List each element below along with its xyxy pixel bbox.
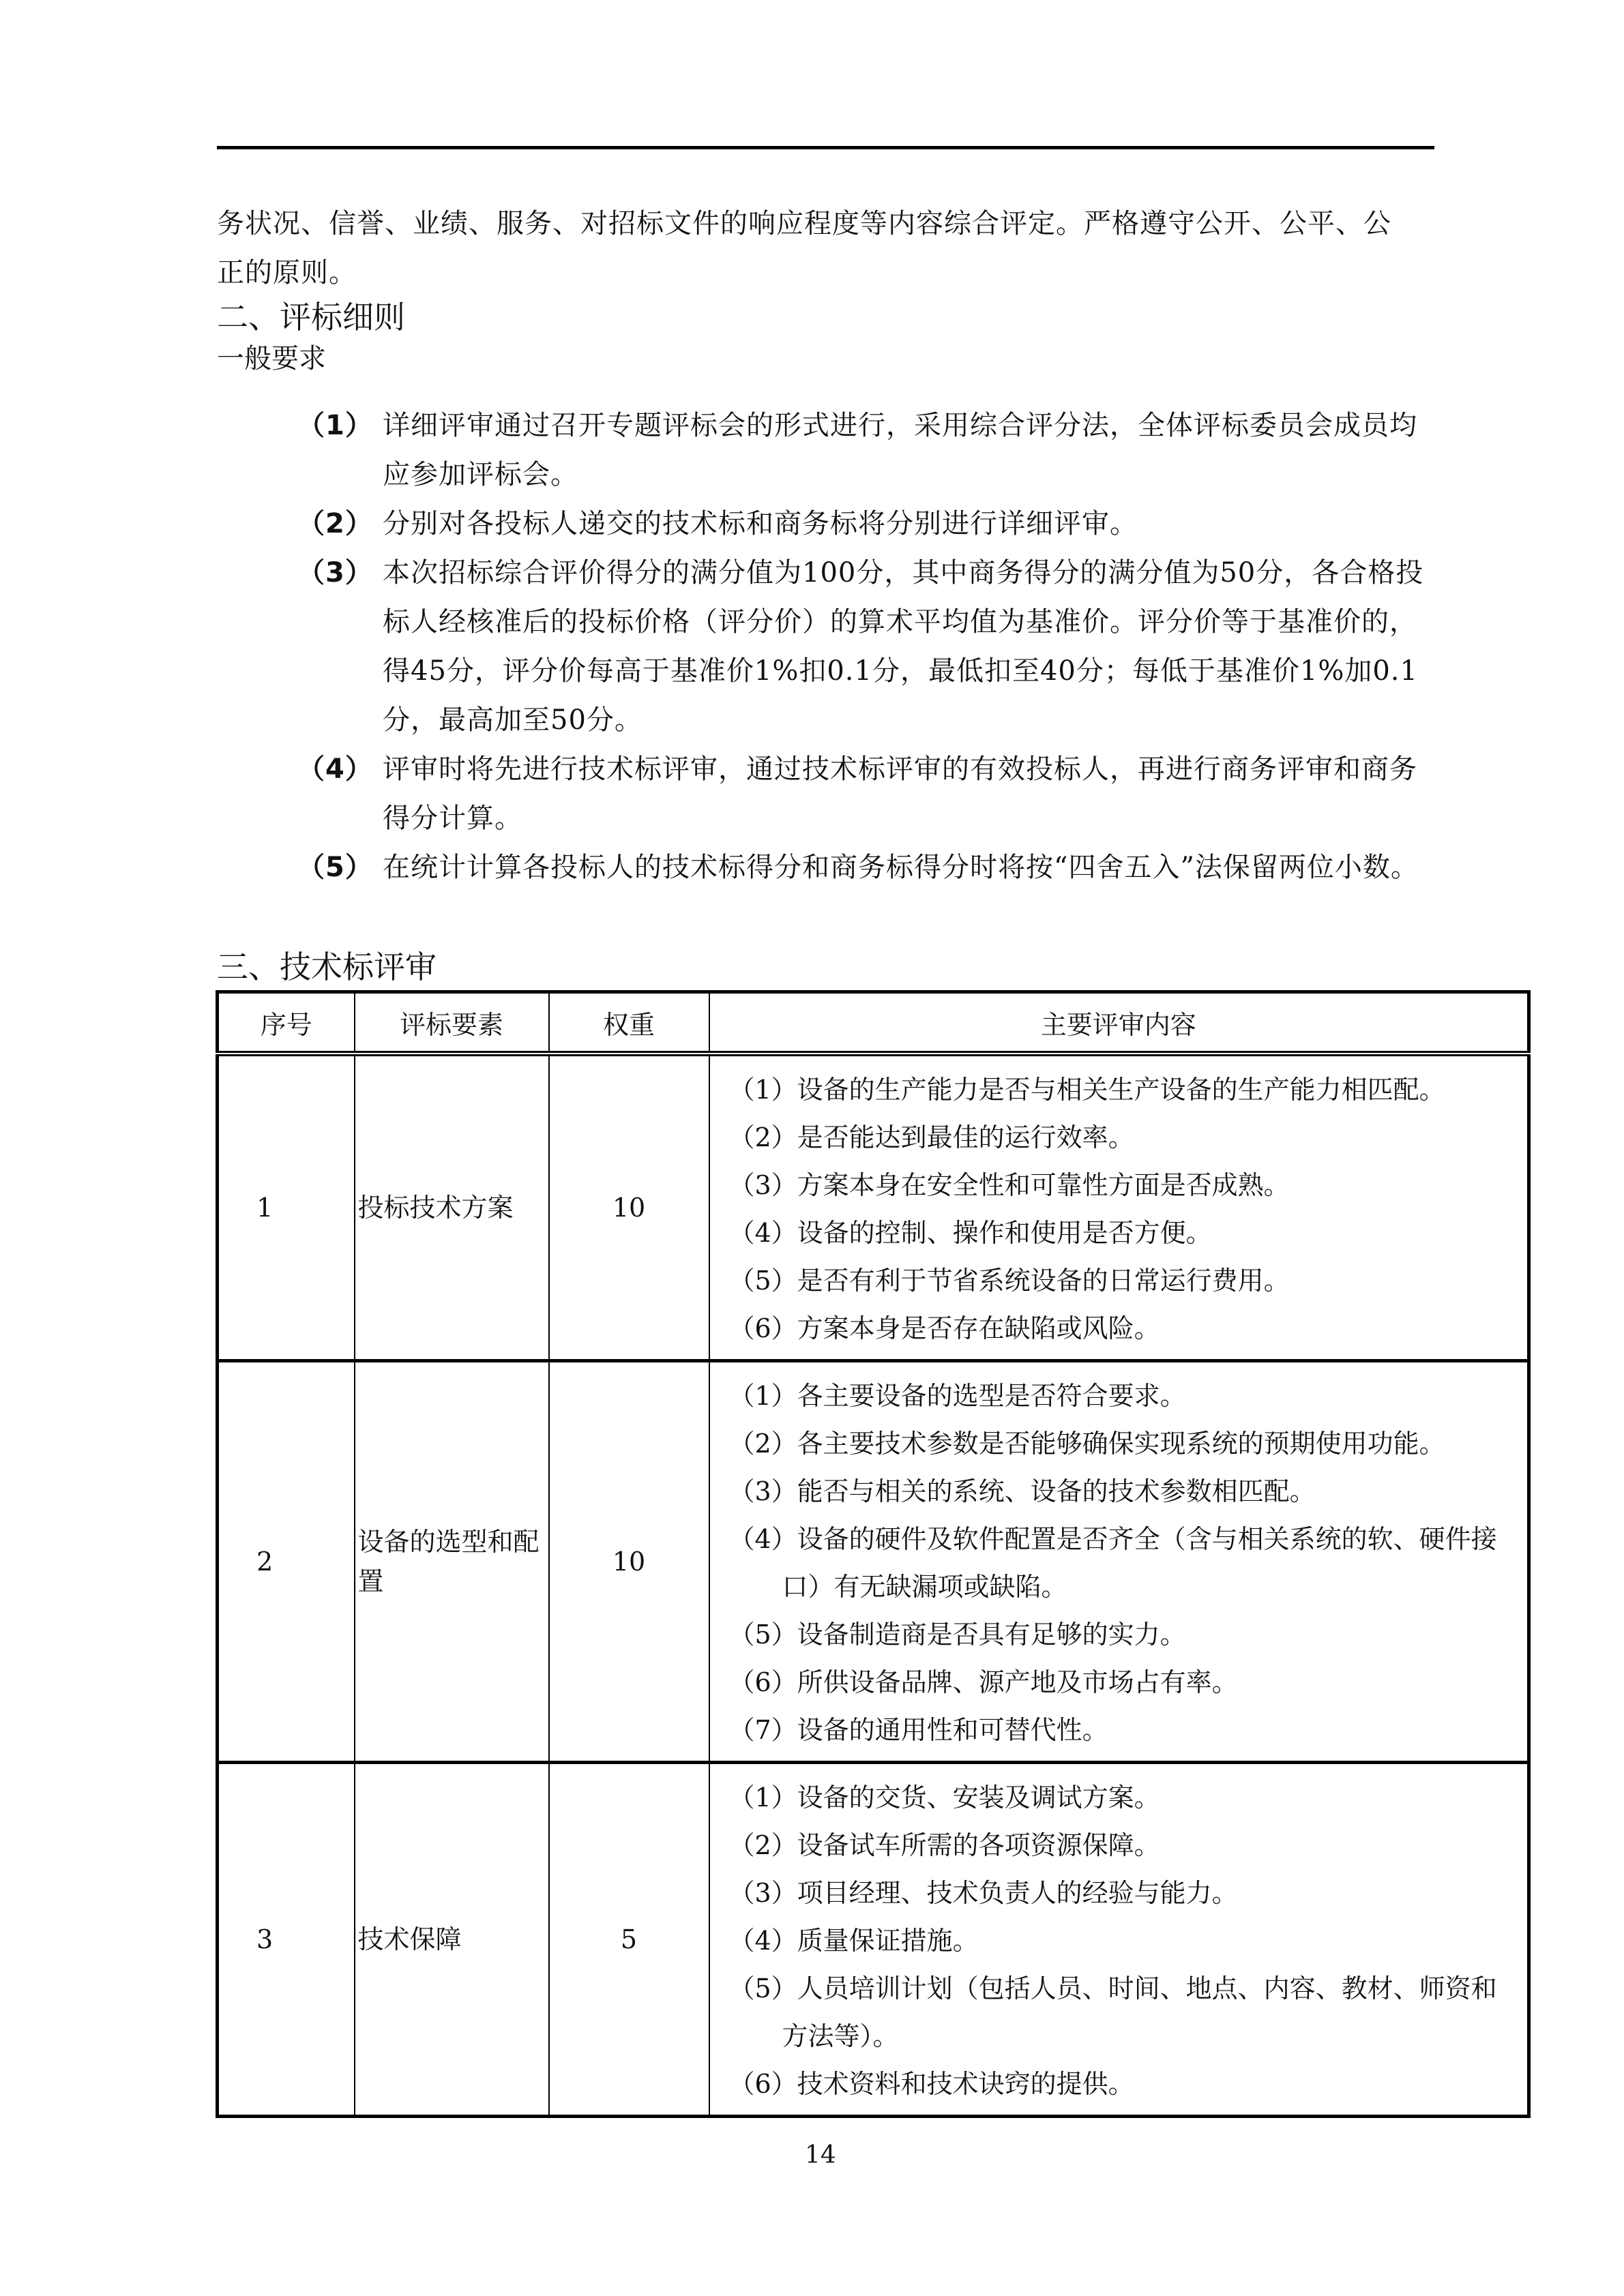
cell-element: 技术保障 <box>355 1763 549 2117</box>
content-item: （1）各主要设备的选型是否符合要求。 <box>729 1372 1521 1420</box>
cell-no: 2 <box>218 1361 355 1763</box>
content-item: （6）所供设备品牌、源产地及市场占有率。 <box>729 1658 1521 1706</box>
table-row: 2 设备的选型和配置 10 （1）各主要设备的选型是否符合要求。 （2）各主要技… <box>218 1361 1529 1763</box>
list-item: （4） 评审时将先进行技术标评审，通过技术标评审的有效投标人，再进行商务评审和商… <box>297 745 1436 843</box>
intro-line-2: 正的原则。 <box>217 248 1438 297</box>
list-item-text: 评审时将先进行技术标评审，通过技术标评审的有效投标人，再进行商务评审和商务得分计… <box>383 745 1436 843</box>
cell-content: （1）设备的交货、安装及调试方案。 （2）设备试车所需的各项资源保障。 （3）项… <box>709 1763 1529 2117</box>
section-3-title: 三、技术标评审 <box>217 946 437 987</box>
content-item: （4）质量保证措施。 <box>729 1917 1521 1965</box>
table-header-row: 序号 评标要素 权重 主要评审内容 <box>218 992 1529 1054</box>
list-item: （2） 分别对各投标人递交的技术标和商务标将分别进行详细评审。 <box>297 499 1436 548</box>
content-item: （5）是否有利于节省系统设备的日常运行费用。 <box>729 1257 1521 1304</box>
list-item-text: 在统计计算各投标人的技术标得分和商务标得分时将按“四舍五入”法保留两位小数。 <box>383 843 1436 892</box>
list-item: （3） 本次招标综合评价得分的满分值为100分，其中商务得分的满分值为50分，各… <box>297 548 1436 745</box>
content-item: （3）能否与相关的系统、设备的技术参数相匹配。 <box>729 1467 1521 1515</box>
intro-paragraph: 务状况、信誉、业绩、服务、对招标文件的响应程度等内容综合评定。严格遵守公开、公平… <box>217 199 1438 297</box>
list-item: （1） 详细评审通过召开专题评标会的形式进行，采用综合评分法，全体评标委员会成员… <box>297 401 1436 499</box>
cell-element: 投标技术方案 <box>355 1054 549 1361</box>
list-item-number: （1） <box>297 401 383 499</box>
header-content: 主要评审内容 <box>709 992 1529 1054</box>
list-item: （5） 在统计计算各投标人的技术标得分和商务标得分时将按“四舍五入”法保留两位小… <box>297 843 1436 892</box>
content-item: （6）技术资料和技术诀窍的提供。 <box>729 2060 1521 2108</box>
list-item-text: 详细评审通过召开专题评标会的形式进行，采用综合评分法，全体评标委员会成员均应参加… <box>383 401 1436 499</box>
general-requirements-list: （1） 详细评审通过召开专题评标会的形式进行，采用综合评分法，全体评标委员会成员… <box>297 401 1436 892</box>
cell-no: 1 <box>218 1054 355 1361</box>
list-item-text: 本次招标综合评价得分的满分值为100分，其中商务得分的满分值为50分，各合格投标… <box>383 548 1436 745</box>
page-number: 14 <box>805 2141 836 2169</box>
cell-content: （1）各主要设备的选型是否符合要求。 （2）各主要技术参数是否能够确保实现系统的… <box>709 1361 1529 1763</box>
content-item: （6）方案本身是否存在缺陷或风险。 <box>729 1304 1521 1352</box>
header-rule <box>217 146 1434 149</box>
section-2-subtitle: 一般要求 <box>217 340 326 378</box>
content-item: （2）各主要技术参数是否能够确保实现系统的预期使用功能。 <box>729 1420 1521 1467</box>
section-2-title: 二、评标细则 <box>217 297 405 338</box>
cell-element: 设备的选型和配置 <box>355 1361 549 1763</box>
table-row: 1 投标技术方案 10 （1）设备的生产能力是否与相关生产设备的生产能力相匹配。… <box>218 1054 1529 1361</box>
cell-no: 3 <box>218 1763 355 2117</box>
technical-evaluation-table: 序号 评标要素 权重 主要评审内容 1 投标技术方案 10 （1）设备的生产能力… <box>216 990 1531 2118</box>
content-item: （1）设备的交货、安装及调试方案。 <box>729 1774 1521 1821</box>
cell-weight: 10 <box>549 1361 709 1763</box>
content-item: （7）设备的通用性和可替代性。 <box>729 1706 1521 1754</box>
content-item: （2）设备试车所需的各项资源保障。 <box>729 1821 1521 1869</box>
cell-weight: 10 <box>549 1054 709 1361</box>
content-item: （1）设备的生产能力是否与相关生产设备的生产能力相匹配。 <box>729 1066 1521 1114</box>
list-item-number: （5） <box>297 843 383 892</box>
header-no: 序号 <box>218 992 355 1054</box>
content-item: （2）是否能达到最佳的运行效率。 <box>729 1114 1521 1161</box>
cell-content: （1）设备的生产能力是否与相关生产设备的生产能力相匹配。 （2）是否能达到最佳的… <box>709 1054 1529 1361</box>
list-item-number: （2） <box>297 499 383 548</box>
header-weight: 权重 <box>549 992 709 1054</box>
intro-line-1: 务状况、信誉、业绩、服务、对招标文件的响应程度等内容综合评定。严格遵守公开、公平… <box>217 199 1438 248</box>
list-item-number: （4） <box>297 745 383 843</box>
content-item: （3）项目经理、技术负责人的经验与能力。 <box>729 1869 1521 1917</box>
content-item: （5）人员培训计划（包括人员、时间、地点、内容、教材、师资和方法等）。 <box>729 1965 1521 2060</box>
list-item-number: （3） <box>297 548 383 745</box>
content-item: （5）设备制造商是否具有足够的实力。 <box>729 1611 1521 1658</box>
cell-weight: 5 <box>549 1763 709 2117</box>
content-item: （4）设备的硬件及软件配置是否齐全（含与相关系统的软、硬件接口）有无缺漏项或缺陷… <box>729 1515 1521 1611</box>
list-item-text: 分别对各投标人递交的技术标和商务标将分别进行详细评审。 <box>383 499 1436 548</box>
content-item: （3）方案本身在安全性和可靠性方面是否成熟。 <box>729 1161 1521 1209</box>
table-row: 3 技术保障 5 （1）设备的交货、安装及调试方案。 （2）设备试车所需的各项资… <box>218 1763 1529 2117</box>
content-item: （4）设备的控制、操作和使用是否方便。 <box>729 1209 1521 1257</box>
header-element: 评标要素 <box>355 992 549 1054</box>
